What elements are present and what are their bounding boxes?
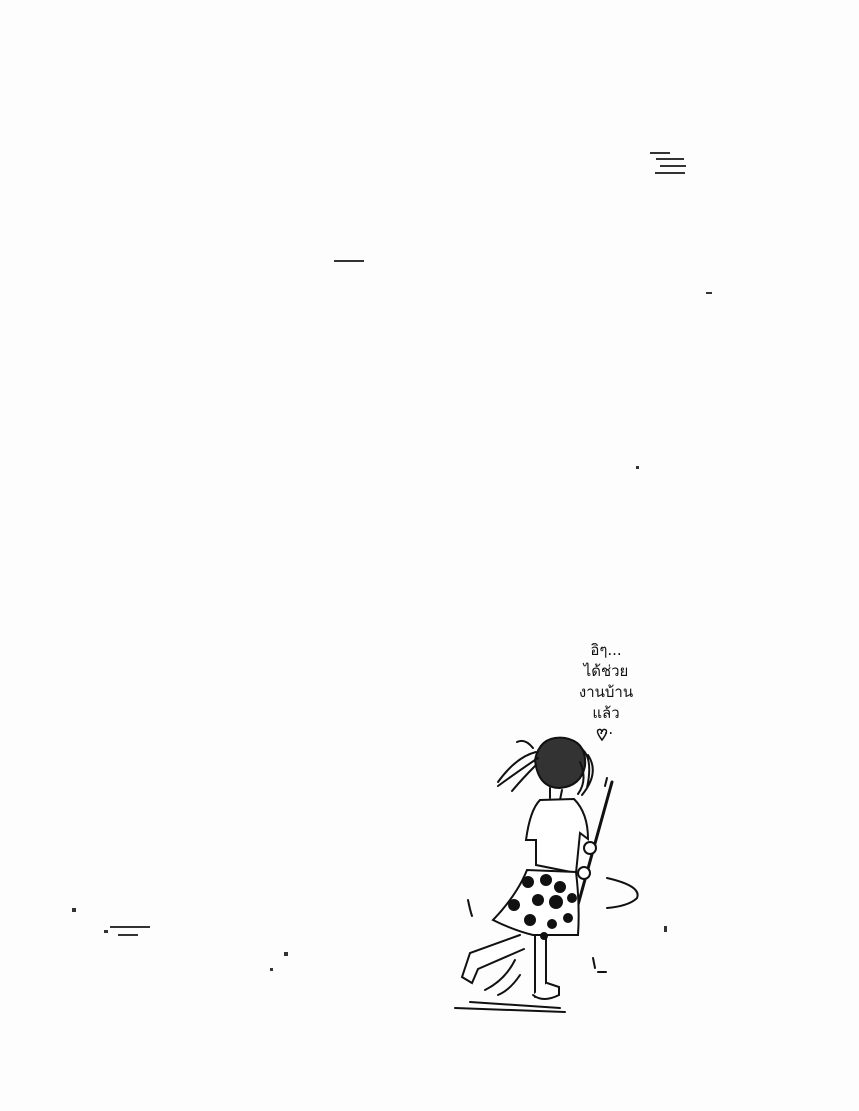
heart-icon [598,729,607,740]
girl-illustration [0,0,859,1111]
manga-page: อิๆ... ได้ช่วย งานบ้าน แล้ว ... [0,0,859,1111]
paper-specks [72,152,712,971]
